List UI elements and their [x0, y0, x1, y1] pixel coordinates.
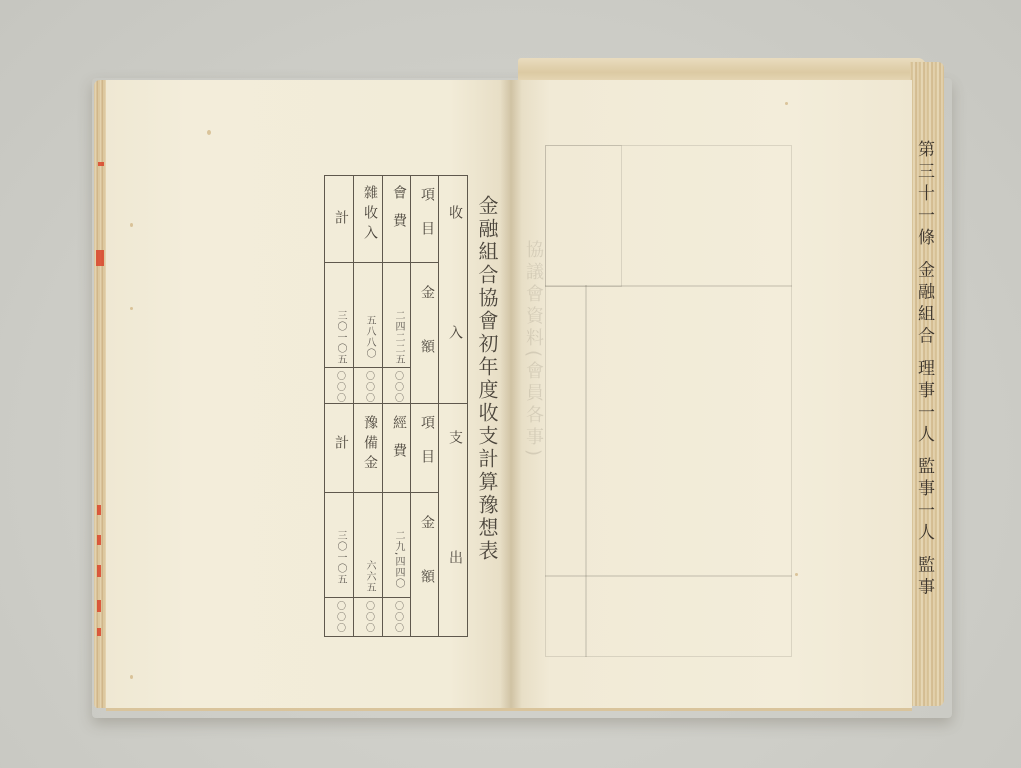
- table-border: [324, 175, 325, 637]
- column-line: [382, 175, 383, 637]
- table-border: [324, 636, 468, 637]
- income-row-item: 雜收入: [360, 185, 380, 245]
- expenditure-total-yen: 三〇一〇五: [333, 530, 348, 585]
- red-edge-mark: [96, 250, 104, 266]
- expenditure-total-label: 計: [331, 435, 351, 449]
- bleed-through-title: 協議會資料(會員各事): [520, 240, 546, 460]
- expenditure-row-item: 豫備金: [360, 415, 380, 475]
- expenditure-item-header: 項目: [417, 415, 437, 483]
- expenditure-total-sen: 〇〇〇: [334, 601, 347, 634]
- paper-stain: [795, 573, 798, 576]
- bleed-through-cell: [545, 145, 622, 287]
- bleed-through-line: [545, 285, 792, 287]
- expenditure-row-yen: 六六五: [362, 560, 377, 593]
- expenditure-row-yen: 二九,四四〇: [391, 530, 406, 589]
- column-line: [410, 175, 411, 637]
- expenditure-label-2: 出: [445, 550, 465, 564]
- red-edge-mark: [98, 162, 104, 166]
- right-page-top-edges: [518, 58, 926, 82]
- row-line: [324, 262, 438, 263]
- paper-stain: [130, 675, 133, 679]
- red-edge-mark: [97, 628, 101, 636]
- income-row-yen: 二四二二五: [391, 310, 406, 365]
- expenditure-row-item: 經費: [389, 415, 409, 471]
- income-item-header: 項目: [417, 187, 437, 255]
- income-total-yen: 三〇一〇五: [333, 310, 348, 365]
- expenditure-label-1: 支: [445, 430, 465, 444]
- page-title: 金融組合協會初年度收支計算豫想表: [474, 195, 502, 575]
- column-line: [353, 175, 354, 637]
- income-label-1: 收: [445, 205, 465, 219]
- edge-handwriting: 第三十一條 金融組合 理事一人 監事一人 監事: [915, 140, 937, 660]
- bleed-through-line: [585, 285, 587, 657]
- column-line: [438, 175, 439, 637]
- expenditure-row-sen: 〇〇〇: [392, 601, 405, 634]
- row-line: [324, 367, 410, 368]
- income-total-sen: 〇〇〇: [334, 371, 347, 404]
- red-edge-mark: [97, 535, 101, 545]
- red-edge-mark: [97, 505, 101, 515]
- row-line: [324, 597, 410, 598]
- income-total-label: 計: [331, 210, 351, 224]
- table-border: [467, 175, 468, 637]
- income-row-sen: 〇〇〇: [392, 371, 405, 404]
- spine-gutter: [500, 80, 522, 708]
- paper-stain: [130, 307, 133, 310]
- income-row-yen: 五八八〇: [362, 315, 377, 359]
- paper-stain: [130, 223, 133, 227]
- income-row-sen: 〇〇〇: [363, 371, 376, 404]
- expenditure-row-sen: 〇〇〇: [363, 601, 376, 634]
- income-label-2: 入: [445, 325, 465, 339]
- row-line: [324, 492, 438, 493]
- paper-stain: [785, 102, 788, 105]
- income-row-item: 會費: [389, 185, 409, 241]
- paper-stain: [207, 130, 211, 135]
- red-edge-mark: [97, 565, 101, 577]
- table-border: [324, 175, 468, 176]
- budget-table: 收 入 項目 金額 會費 二四二二五 〇〇〇 雜收入 五八八〇 〇〇〇 計 三〇…: [324, 175, 468, 637]
- income-amount-header: 金額: [417, 285, 437, 393]
- expenditure-amount-header: 金額: [417, 515, 437, 623]
- bleed-through-line: [545, 575, 792, 577]
- red-edge-mark: [97, 600, 101, 612]
